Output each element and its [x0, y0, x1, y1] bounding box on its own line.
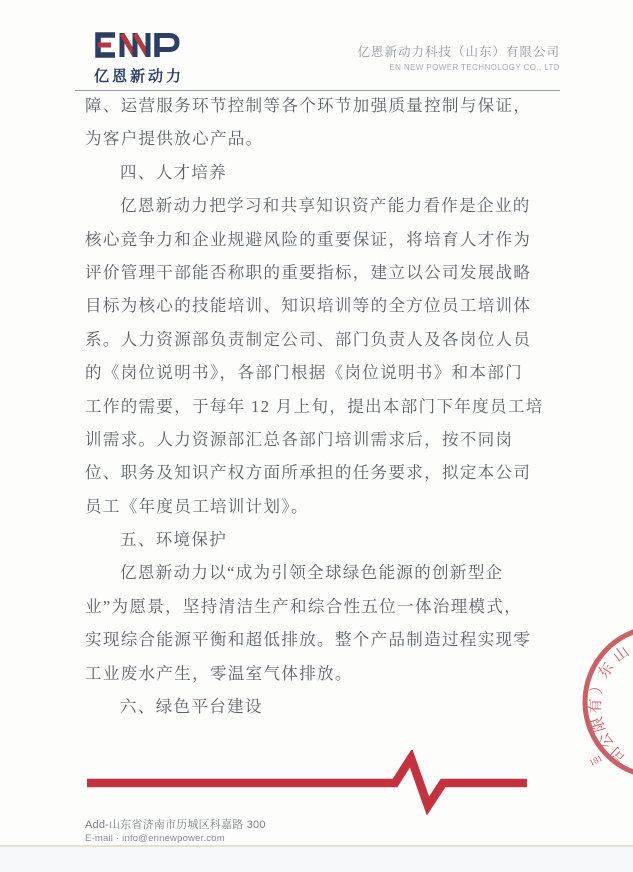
text-line: 评价管理干部能否称职的重要指标，建立以公司发展战略	[85, 256, 545, 289]
text-line: 员工《年度员工培训计划》。	[85, 490, 545, 523]
company-logo: 亿恩新动力	[84, 26, 214, 86]
text-line: 亿恩新动力把学习和共享知识资产能力看作是企业的	[85, 189, 545, 222]
company-name-zh: 亿恩新动力科技（山东）有限公司	[357, 42, 560, 60]
company-names: 亿恩新动力科技（山东）有限公司 EN NEW POWER TECHNOLOGY …	[357, 42, 560, 72]
text-line: 核心竞争力和企业规避风险的重要保证，将培育人才作为	[85, 223, 545, 256]
text-line: 四、人才培养	[85, 156, 545, 189]
text-line: 系。人力资源部负责制定公司、部门负责人及各岗位人员	[85, 323, 545, 356]
text-line: 五、环境保护	[85, 523, 545, 556]
scan-page-edge	[0, 845, 633, 872]
text-line: 位、职务及知识产权方面所承担的任务要求，拟定本公司	[85, 456, 545, 489]
body-text: 障、运营服务环节控制等各个环节加强质量控制与保证，为客户提供放心产品。四、人才培…	[85, 89, 545, 723]
document-page: 亿恩新动力 亿恩新动力科技（山东）有限公司 EN NEW POWER TECHN…	[0, 0, 633, 872]
logo-subtitle: 亿恩新动力	[94, 65, 214, 86]
logo-ennp-icon	[84, 26, 194, 64]
text-line: 障、运营服务环节控制等各个环节加强质量控制与保证，	[85, 89, 545, 122]
text-line: 工业废水产生，零温室气体排放。	[85, 657, 545, 690]
seal-char: 有	[587, 698, 604, 713]
text-line: 实现综合能源平衡和超低排放。整个产品制造过程实现零	[85, 623, 545, 656]
text-line: 目标为核心的技能培训、知识培训等的全方位员工培训体	[85, 289, 545, 322]
text-line: 亿恩新动力以“成为引领全球绿色能源的创新型企	[85, 556, 545, 589]
text-line: 训需求。人力资源部汇总各部门培训需求后，按不同岗	[85, 423, 545, 456]
text-line: 工作的需要，于每年 12 月上旬，提出本部门下年度员工培	[85, 390, 545, 423]
company-name-en: EN NEW POWER TECHNOLOGY CO., LTD	[357, 63, 560, 72]
footer-email: E-mail · info@ennewpower.com	[85, 833, 225, 844]
text-line: 为客户提供放心产品。	[85, 122, 545, 155]
footer-address: Add-山东省济南市历城区科嘉路 300	[85, 816, 266, 832]
heartbeat-divider	[0, 750, 633, 815]
seal-char: 山	[610, 643, 632, 666]
text-line: 业”为愿景，坚持清洁生产和综合性五位一体治理模式，	[85, 590, 545, 623]
text-line: 的《岗位说明书》，各部门根据《岗位说明书》和本部门	[85, 356, 545, 389]
text-line: 六、绿色平台建设	[85, 690, 545, 723]
